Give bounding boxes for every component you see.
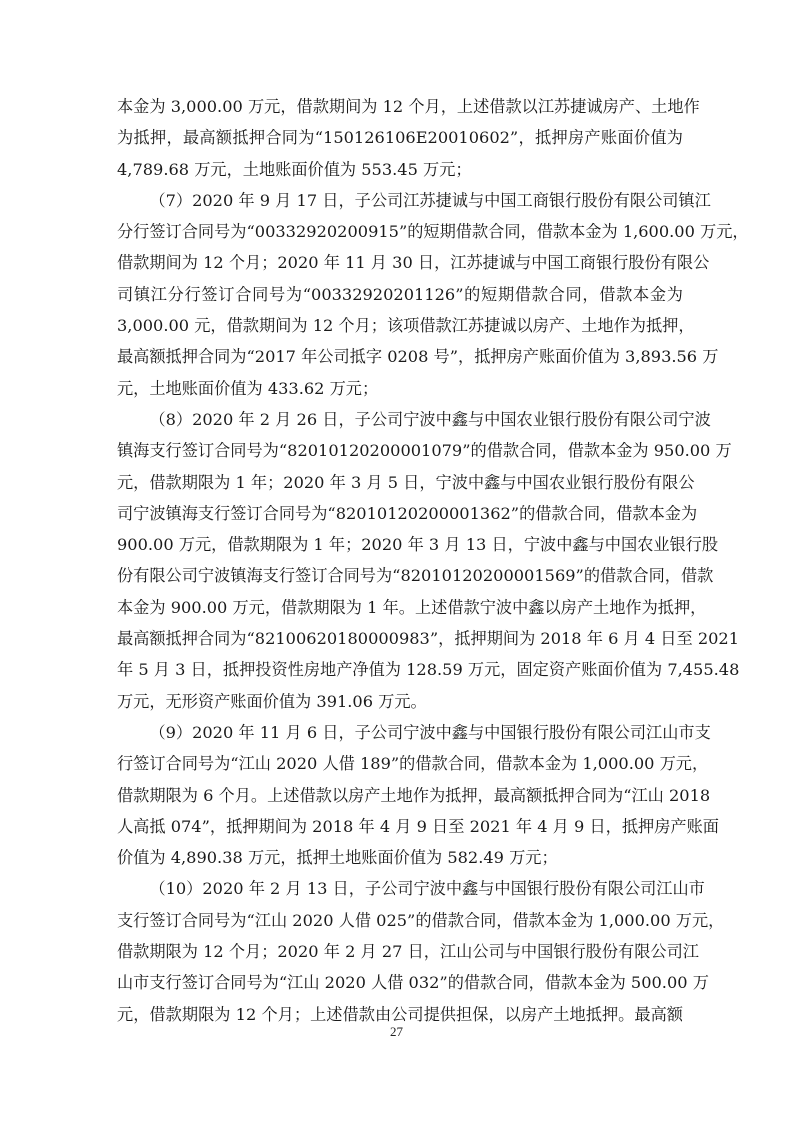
- text-line: 借款期限为 12 个月；2020 年 2 月 27 日，江山公司与中国银行股份有…: [117, 936, 683, 967]
- text-line: 年 5 月 3 日，抵押投资性房地产净值为 128.59 万元，固定资产账面价值…: [117, 654, 683, 685]
- paragraph-10: （10）2020 年 2 月 13 日，子公司宁波中鑫与中国银行股份有限公司江山…: [117, 873, 683, 1029]
- text-line: 900.00 万元，借款期限为 1 年；2020 年 3 月 13 日，宁波中鑫…: [117, 529, 683, 560]
- text-line: （10）2020 年 2 月 13 日，子公司宁波中鑫与中国银行股份有限公司江山…: [117, 873, 683, 904]
- document-page: 本金为 3,000.00 万元，借款期间为 12 个月，上述借款以江苏捷诚房产、…: [0, 0, 793, 1122]
- text-line: 4,789.68 万元，土地账面价值为 553.45 万元；: [117, 154, 683, 185]
- text-line: 本金为 900.00 万元，借款期限为 1 年。上述借款宁波中鑫以房产土地作为抵…: [117, 592, 683, 623]
- text-line: 最高额抵押合同为“2017 年公司抵字 0208 号”，抵押房产账面价值为 3,…: [117, 341, 683, 372]
- text-line: 借款期间为 12 个月；2020 年 11 月 30 日，江苏捷诚与中国工商银行…: [117, 247, 683, 278]
- document-body: 本金为 3,000.00 万元，借款期间为 12 个月，上述借款以江苏捷诚房产、…: [117, 91, 683, 1030]
- paragraph-6-continued: 本金为 3,000.00 万元，借款期间为 12 个月，上述借款以江苏捷诚房产、…: [117, 91, 683, 185]
- text-line: 分行签订合同号为“00332920200915”的短期借款合同，借款本金为 1,…: [117, 216, 683, 247]
- paragraph-9: （9）2020 年 11 月 6 日，子公司宁波中鑫与中国银行股份有限公司江山市…: [117, 717, 683, 873]
- paragraph-8: （8）2020 年 2 月 26 日，子公司宁波中鑫与中国农业银行股份有限公司宁…: [117, 404, 683, 717]
- text-line: 人高抵 074”，抵押期间为 2018 年 4 月 9 日至 2021 年 4 …: [117, 811, 683, 842]
- text-line: 借款期限为 6 个月。上述借款以房产土地作为抵押，最高额抵押合同为“江山 201…: [117, 780, 683, 811]
- text-line: （7）2020 年 9 月 17 日，子公司江苏捷诚与中国工商银行股份有限公司镇…: [117, 185, 683, 216]
- text-line: 元，土地账面价值为 433.62 万元；: [117, 373, 683, 404]
- text-line: 司镇江分行签订合同号为“00332920201126”的短期借款合同，借款本金为: [117, 279, 683, 310]
- text-line: 3,000.00 元，借款期间为 12 个月；该项借款江苏捷诚以房产、土地作为抵…: [117, 310, 683, 341]
- text-line: 司宁波镇海支行签订合同号为“82010120200001362”的借款合同，借款…: [117, 498, 683, 529]
- text-line: （9）2020 年 11 月 6 日，子公司宁波中鑫与中国银行股份有限公司江山市…: [117, 717, 683, 748]
- text-line: 支行签订合同号为“江山 2020 人借 025”的借款合同，借款本金为 1,00…: [117, 905, 683, 936]
- text-line: 万元，无形资产账面价值为 391.06 万元。: [117, 686, 683, 717]
- text-line: 行签订合同号为“江山 2020 人借 189”的借款合同，借款本金为 1,000…: [117, 748, 683, 779]
- text-line: （8）2020 年 2 月 26 日，子公司宁波中鑫与中国农业银行股份有限公司宁…: [117, 404, 683, 435]
- text-line: 山市支行签订合同号为“江山 2020 人借 032”的借款合同，借款本金为 50…: [117, 967, 683, 998]
- text-line: 镇海支行签订合同号为“82010120200001079”的借款合同，借款本金为…: [117, 435, 683, 466]
- text-line: 为抵押，最高额抵押合同为“150126106E20010602”，抵押房产账面价…: [117, 122, 683, 153]
- text-line: 份有限公司宁波镇海支行签订合同号为“82010120200001569”的借款合…: [117, 560, 683, 591]
- paragraph-7: （7）2020 年 9 月 17 日，子公司江苏捷诚与中国工商银行股份有限公司镇…: [117, 185, 683, 404]
- text-line: 最高额抵押合同为“82100620180000983”，抵押期间为 2018 年…: [117, 623, 683, 654]
- text-line: 价值为 4,890.38 万元，抵押土地账面价值为 582.49 万元；: [117, 842, 683, 873]
- text-line: 本金为 3,000.00 万元，借款期间为 12 个月，上述借款以江苏捷诚房产、…: [117, 91, 683, 122]
- page-number: 27: [0, 1024, 793, 1040]
- text-line: 元，借款期限为 1 年；2020 年 3 月 5 日，宁波中鑫与中国农业银行股份…: [117, 467, 683, 498]
